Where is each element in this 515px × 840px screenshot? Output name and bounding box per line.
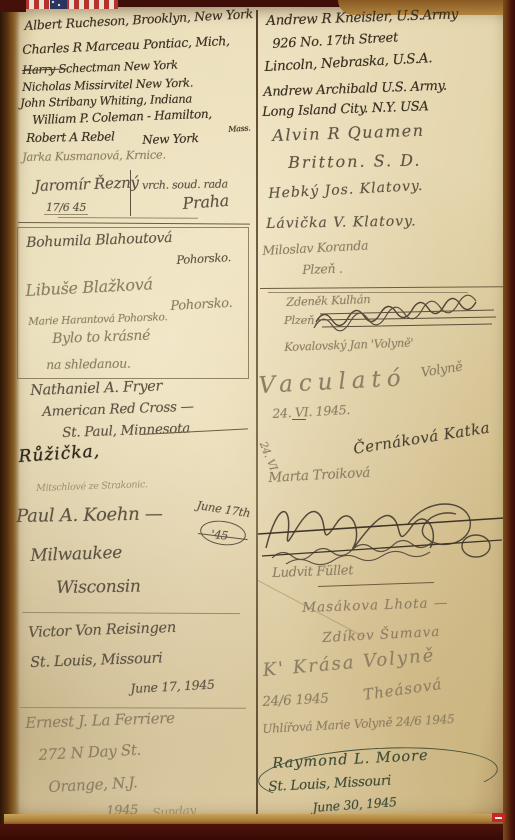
binding-edge [0,0,20,840]
book-cover-corner [0,0,26,12]
signature-line: Mass. [228,123,251,134]
watermark-minus-icon [492,813,505,822]
signature-city: Pohorsko. [176,250,231,267]
message-line: Bylo to krásné [52,328,150,347]
column-divider-line [256,10,258,818]
book-cover-bottom-edge [0,824,515,840]
signature-date: 17/6 45 [46,201,86,214]
scribble-signatures-crossout [258,490,506,572]
numeral-underline [292,419,306,420]
signature-line: New York [142,131,199,147]
signature-title: vrch. soud. rada [142,178,228,192]
signature-line: Robert A Rebel [26,129,115,145]
date-underline [44,214,88,215]
signature-state: Wisconsin [56,577,141,598]
signature-city: Britton. S. D. [288,151,422,172]
signature-city: Plzeň . [302,261,343,277]
flag-blue-field-icon [50,0,67,9]
flag-edge-icon [24,0,118,9]
scanned-guestbook-photo: Albert Rucheson, Brooklyn, New York Char… [0,0,515,840]
signature-city: Praha [182,191,230,213]
signature-line: Ludvit Füllet [272,563,353,581]
scribble-crossout [312,300,502,336]
signature-line: Lávička V. Klatovy. [266,213,417,232]
signature-line: Jaromír Řezný [34,173,139,195]
signature-line: Jarka Kusmanová, Krnice. [22,147,166,164]
signature-line: Paul A. Koehn — [16,503,163,527]
message-line: na shledanou. [46,356,131,372]
signature-city: Milwaukee [30,543,122,566]
book-cover-right-edge [503,0,515,840]
separator-stroke [130,170,131,216]
